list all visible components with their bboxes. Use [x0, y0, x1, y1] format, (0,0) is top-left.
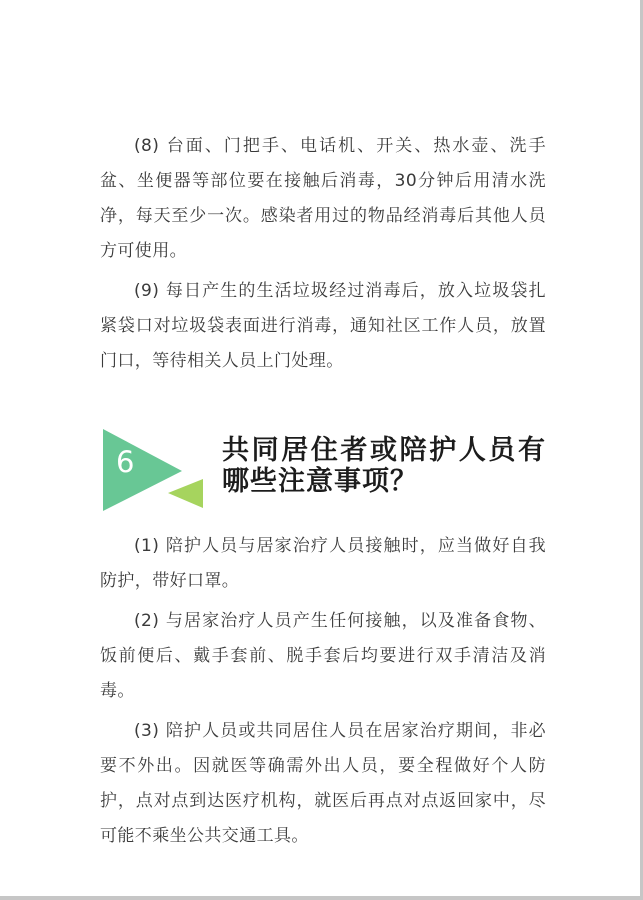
section-number-marker: 6 [103, 429, 203, 514]
paragraph-item-9: (9) 每日产生的生活垃圾经过消毒后，放入垃圾袋扎紧袋口对垃圾袋表面进行消毒，通… [100, 274, 546, 379]
page-content: (8) 台面、门把手、电话机、开关、热水壶、洗手盆、坐便器等部位要在接触后消毒，… [100, 129, 546, 859]
section-number: 6 [116, 448, 134, 477]
section-title: 共同居住者或陪护人员有哪些注意事项？ [222, 435, 546, 497]
paragraph-item-2: (2) 与居家治疗人员产生任何接触，以及准备食物、饭前便后、戴手套前、脱手套后均… [100, 604, 546, 709]
big-right-triangle-icon [103, 429, 182, 511]
paragraph-item-8: (8) 台面、门把手、电话机、开关、热水壶、洗手盆、坐便器等部位要在接触后消毒，… [100, 129, 546, 269]
section-header: 6 共同居住者或陪护人员有哪些注意事项？ [103, 429, 546, 514]
paragraph-item-1: (1) 陪护人员与居家治疗人员接触时，应当做好自我防护，带好口罩。 [100, 529, 546, 599]
small-left-triangle-icon [168, 479, 203, 508]
paragraph-item-3: (3) 陪护人员或共同居住人员在居家治疗期间，非必要不外出。因就医等确需外出人员… [100, 714, 546, 854]
document-page: (8) 台面、门把手、电话机、开关、热水壶、洗手盆、坐便器等部位要在接触后消毒，… [0, 0, 643, 900]
